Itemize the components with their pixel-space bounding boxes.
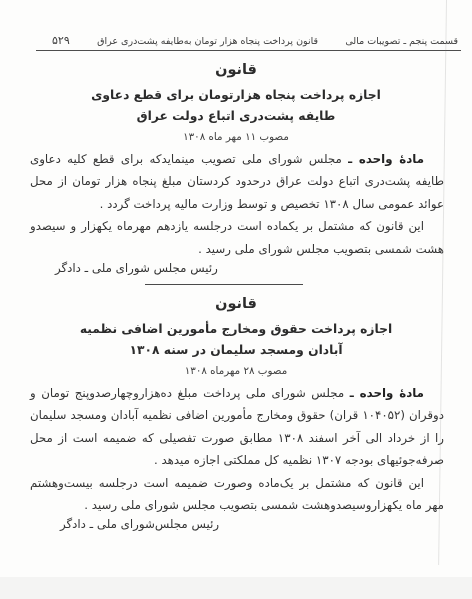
law-title-line1: اجازه پرداخت پنجاه هزارتومان برای قطع دع… — [91, 88, 381, 102]
law-title: اجازه پرداخت حقوق ومخارج مأمورین اضافی ن… — [0, 319, 472, 360]
law-article-paragraph: مادهٔ واحده ـ مجلس شورای ملی پرداخت مبلغ… — [30, 382, 444, 472]
law-heading: قانون — [0, 62, 472, 78]
signature-line: رئیس مجلس شورای ملی ـ دادگر — [0, 261, 472, 275]
page-header: قسمت پنجم ـ تصویبات مالی قانون پرداخت پن… — [52, 34, 458, 47]
law-approval-date: مصوب ۱۱ مهر ماه ۱۳۰۸ — [0, 131, 472, 143]
article-label: مادهٔ واحده ـ — [348, 152, 424, 166]
law-closing-paragraph: این قانون که مشتمل بر یکماده است درجلسه … — [30, 215, 444, 260]
law-article-paragraph: مادهٔ واحده ـ مجلس شورای ملی تصویب مینما… — [30, 148, 444, 215]
law-title-line1: اجازه پرداخت حقوق ومخارج مأمورین اضافی ن… — [80, 322, 392, 336]
law-closing-paragraph: این قانون که مشتمل بر یک‌ماده وصورت ضمیم… — [30, 472, 444, 517]
law-title: اجازه پرداخت پنجاه هزارتومان برای قطع دع… — [0, 85, 472, 126]
signature-line: رئیس مجلس‌شورای ملی ـ دادگر — [0, 517, 472, 531]
scanned-document-page: قسمت پنجم ـ تصویبات مالی قانون پرداخت پن… — [0, 0, 472, 599]
law-heading: قانون — [0, 296, 472, 312]
law-title-line2: طایفه پشت‌دری اتباع دولت عراق — [137, 109, 336, 123]
article-label: مادهٔ واحده ـ — [350, 386, 424, 400]
header-part-label: قسمت پنجم ـ تصویبات مالی — [345, 36, 458, 47]
law-title-line2: آبادان ومسجد سلیمان در سنه ۱۳۰۸ — [129, 343, 342, 357]
law-section-first: قانون اجازه پرداخت پنجاه هزارتومان برای … — [0, 62, 472, 275]
page-number: ۵۲۹ — [52, 34, 70, 47]
header-rule — [36, 50, 461, 51]
law-section-second: قانون اجازه پرداخت حقوق ومخارج مأمورین ا… — [0, 296, 472, 531]
section-divider-rule — [145, 284, 303, 285]
scan-bottom-edge — [0, 577, 472, 599]
header-running-title: قانون پرداخت پنجاه هزار تومان به‌طایفه پ… — [97, 36, 318, 47]
law-approval-date: مصوب ۲۸ مهرماه ۱۳۰۸ — [0, 365, 472, 377]
